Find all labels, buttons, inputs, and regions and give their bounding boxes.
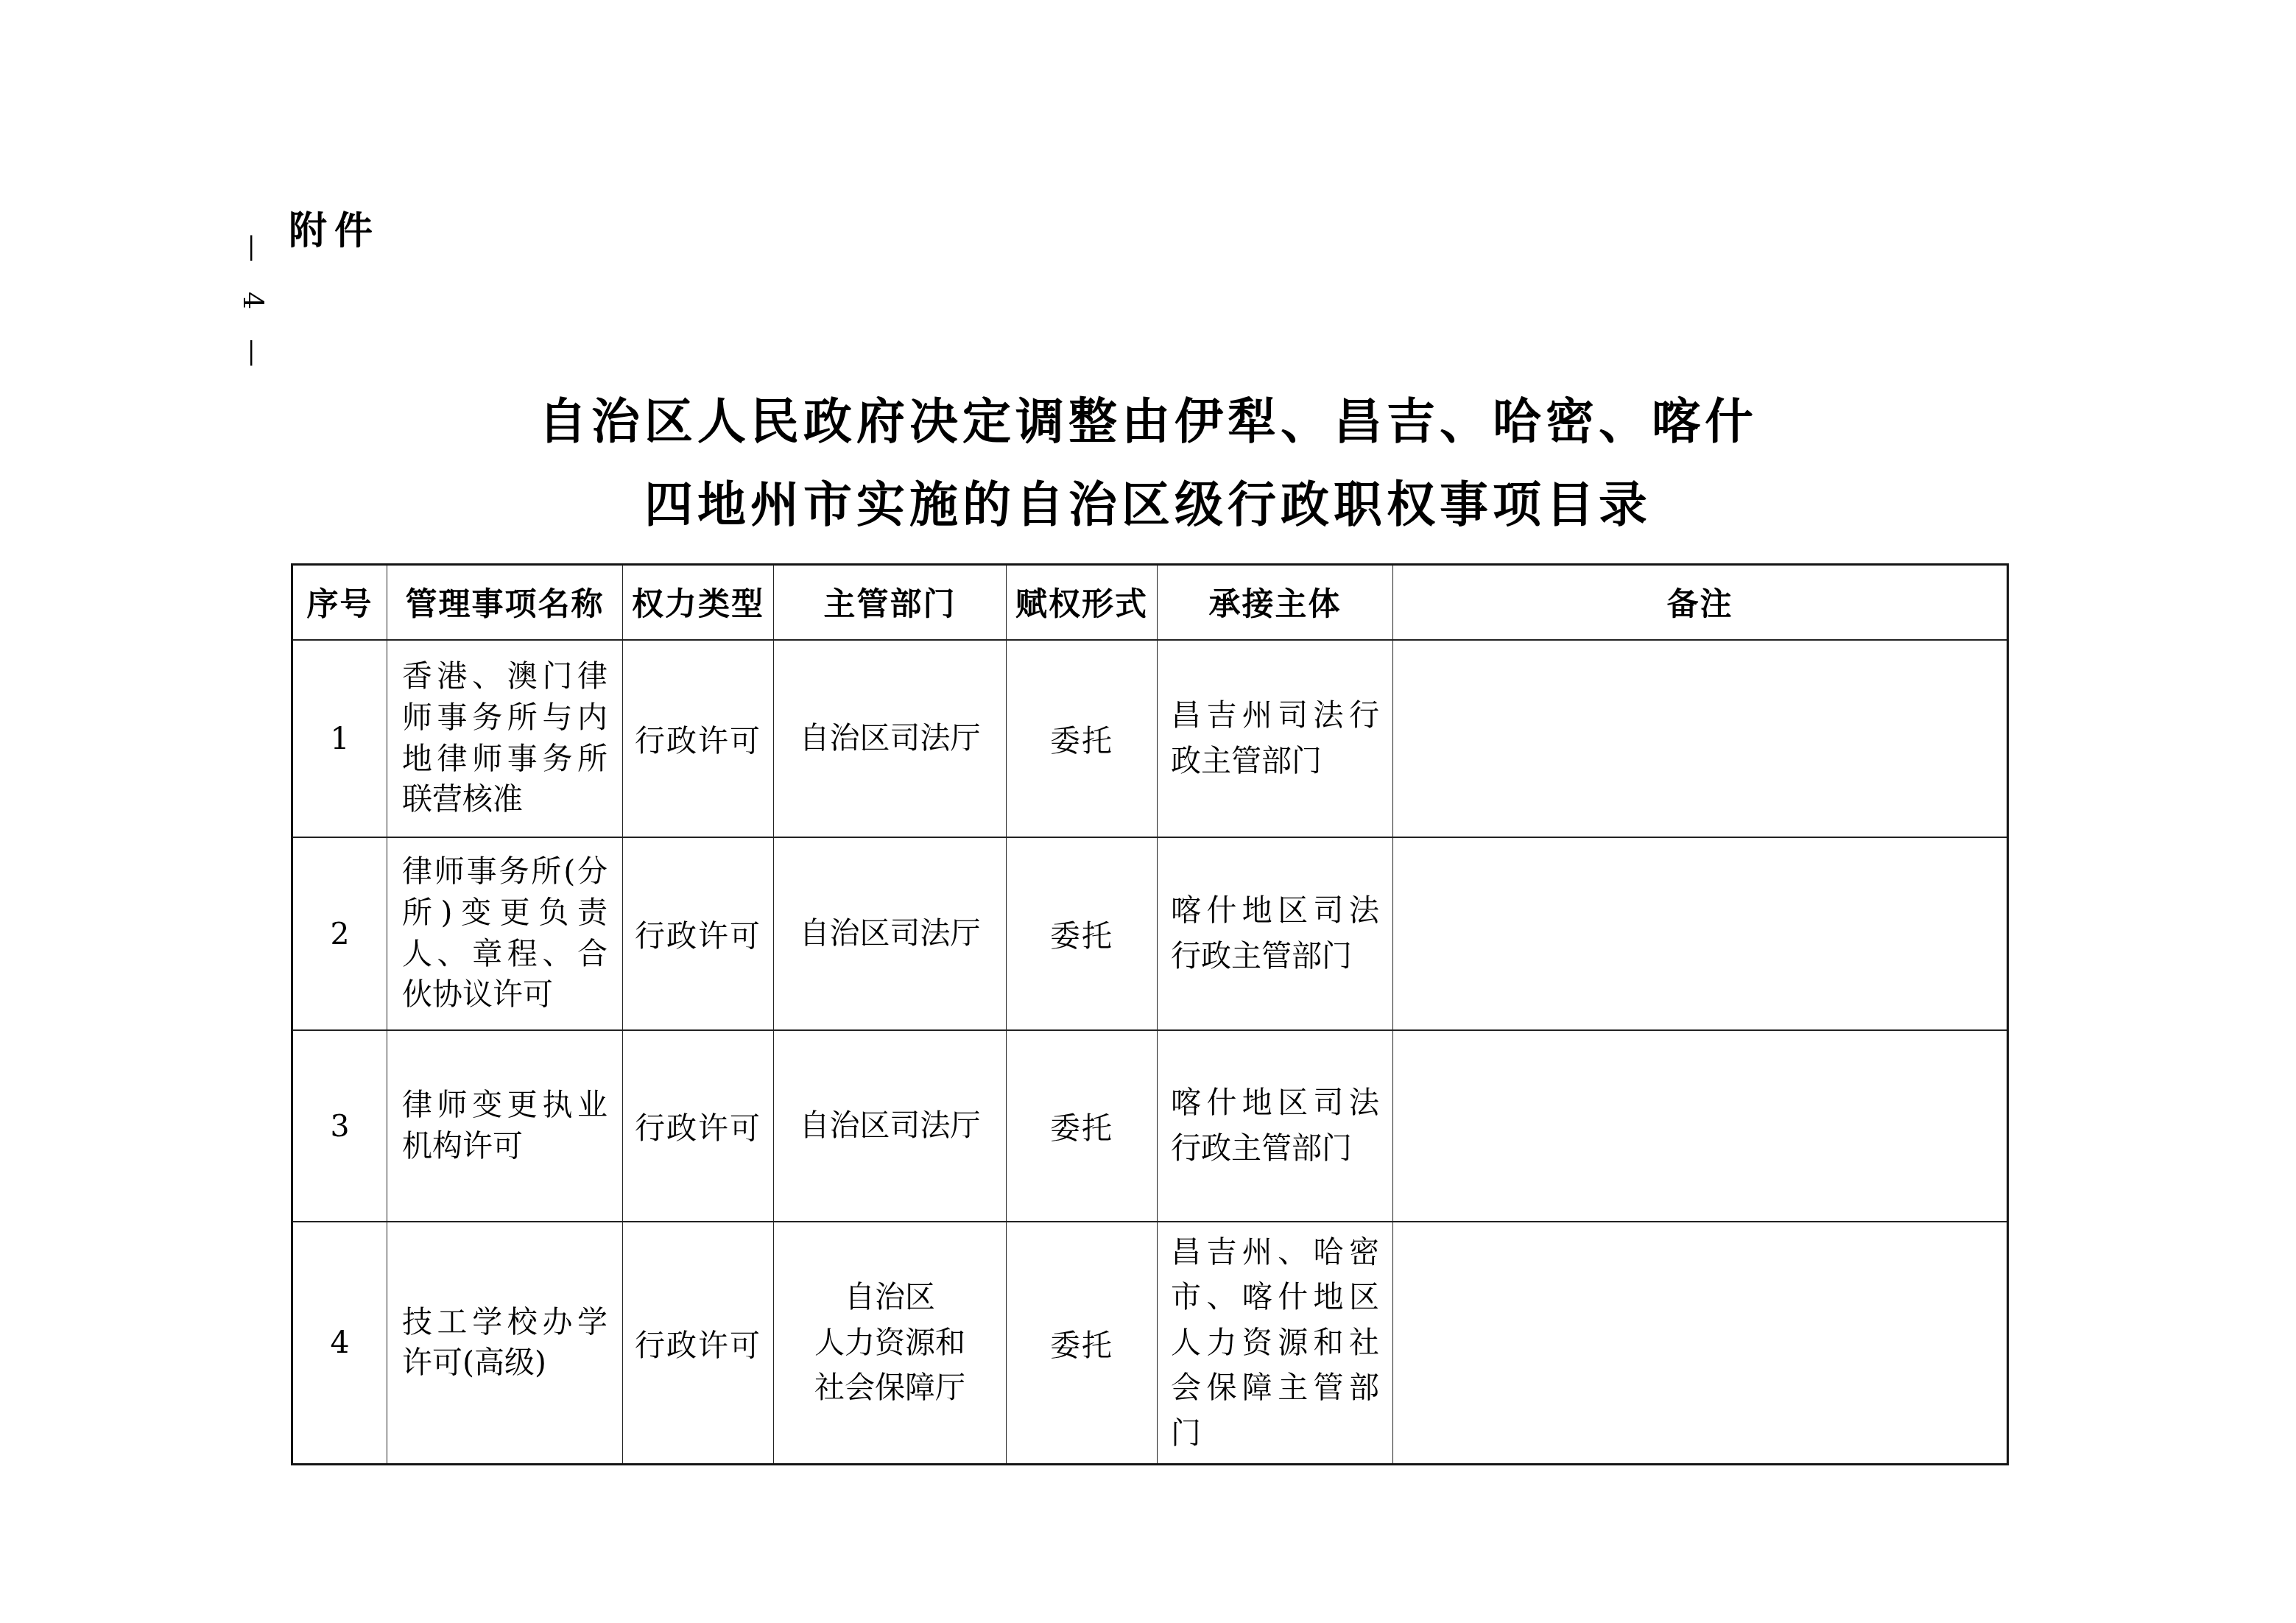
cell-undertaking-entity: 昌吉州、哈密市、喀什地区人力资源和社会保障主管部门 [1158,1222,1393,1465]
header-department: 主管部门 [774,565,1007,640]
cell-undertaking-entity: 昌吉州司法行政主管部门 [1158,640,1393,837]
cell-department: 自治区司法厅 [774,1030,1007,1222]
cell-remarks [1393,837,2008,1030]
document-title-line-1: 自治区人民政府决定调整由伊犁、昌吉、哈密、喀什 [0,380,2296,463]
cell-power-type: 行政许可 [623,640,774,837]
cell-empowerment-form: 委托 [1007,640,1158,837]
cell-empowerment-form: 委托 [1007,837,1158,1030]
cell-department: 自治区司法厅 [774,640,1007,837]
cell-empowerment-form: 委托 [1007,1222,1158,1465]
cell-serial-number: 1 [292,640,387,837]
attachment-label: 附件 [289,212,380,250]
header-undertaking-entity: 承接主体 [1158,565,1393,640]
cell-remarks [1393,1030,2008,1222]
cell-department: 自治区 人力资源和 社会保障厅 [774,1222,1007,1465]
document-title-line-2: 四地州市实施的自治区级行政职权事项目录 [0,463,2296,546]
header-remarks: 备注 [1393,565,2008,640]
header-empowerment-form: 赋权形式 [1007,565,1158,640]
table-row: 3 律师变更执业机构许可 行政许可 自治区司法厅 委托 喀什地区司法行政主管部门 [292,1030,2008,1222]
table-row: 2 律师事务所(分所)变更负责人、章程、合伙协议许可 行政许可 自治区司法厅 委… [292,837,2008,1030]
document-title: 自治区人民政府决定调整由伊犁、昌吉、哈密、喀什 四地州市实施的自治区级行政职权事… [0,380,2296,546]
cell-serial-number: 4 [292,1222,387,1465]
cell-item-name: 香港、澳门律师事务所与内地律师事务所联营核准 [387,640,623,837]
header-power-type: 权力类型 [623,565,774,640]
cell-remarks [1393,1222,2008,1465]
cell-power-type: 行政许可 [623,837,774,1030]
table-header-row: 序号 管理事项名称 权力类型 主管部门 赋权形式 承接主体 备注 [292,565,2008,640]
cell-item-name: 技工学校办学许可(高级) [387,1222,623,1465]
cell-department: 自治区司法厅 [774,837,1007,1030]
header-item-name: 管理事项名称 [387,565,623,640]
table-row: 4 技工学校办学许可(高级) 行政许可 自治区 人力资源和 社会保障厅 委托 昌… [292,1222,2008,1465]
cell-item-name: 律师事务所(分所)变更负责人、章程、合伙协议许可 [387,837,623,1030]
cell-power-type: 行政许可 [623,1222,774,1465]
cell-serial-number: 2 [292,837,387,1030]
table-row: 1 香港、澳门律师事务所与内地律师事务所联营核准 行政许可 自治区司法厅 委托 … [292,640,2008,837]
cell-remarks [1393,640,2008,837]
cell-undertaking-entity: 喀什地区司法行政主管部门 [1158,1030,1393,1222]
header-serial-number: 序号 [292,565,387,640]
page-number-text: — 4 — [237,234,270,377]
cell-empowerment-form: 委托 [1007,1030,1158,1222]
document-page: 附件 — 4 — 自治区人民政府决定调整由伊犁、昌吉、哈密、喀什 四地州市实施的… [0,0,2296,1623]
cell-undertaking-entity: 喀什地区司法行政主管部门 [1158,837,1393,1030]
cell-power-type: 行政许可 [623,1030,774,1222]
authority-items-table: 序号 管理事项名称 权力类型 主管部门 赋权形式 承接主体 备注 1 香港、澳门… [291,563,2009,1465]
cell-serial-number: 3 [292,1030,387,1222]
cell-item-name: 律师变更执业机构许可 [387,1030,623,1222]
